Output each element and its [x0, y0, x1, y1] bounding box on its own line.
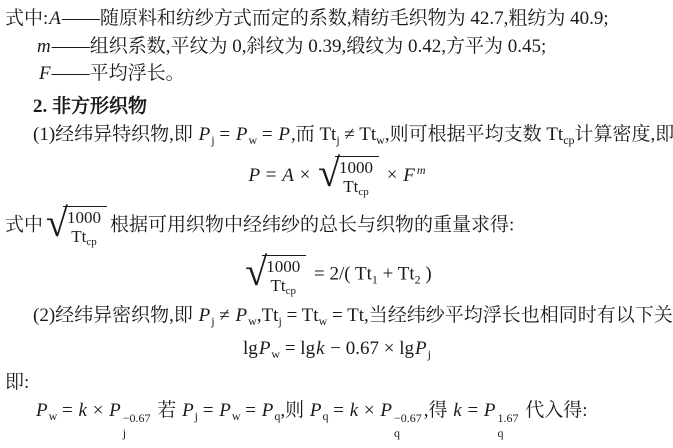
subscript: w: [376, 133, 385, 147]
radical-sign: √: [245, 252, 267, 292]
para-block-6: 式中√1000Ttcp根据可用织物中经纬纱的总长与织物的重量求得:: [5, 206, 669, 246]
subscript: w: [49, 409, 58, 423]
math-var: m: [36, 36, 52, 57]
text-run: ×: [295, 165, 315, 186]
denominator-subscript: cp: [286, 285, 296, 297]
text-run: 若: [153, 400, 182, 421]
math-var: P: [198, 305, 212, 326]
math-var: k: [315, 338, 325, 359]
text-run: =: [463, 400, 483, 421]
math-var: k: [452, 400, 462, 421]
text-run: ——平均浮长。: [52, 63, 185, 84]
radical-expression: √1000Ttcp: [46, 206, 107, 246]
text-run: ): [421, 263, 432, 284]
text-run: =: [241, 400, 261, 421]
superscript: m: [416, 163, 427, 177]
math-var: F: [402, 165, 416, 186]
math-var: P: [261, 400, 275, 421]
math-var: P: [218, 400, 232, 421]
fraction-numerator: 1000: [266, 257, 300, 276]
text-run: 根据可用织物中经纬纱的总长与织物的重量求得:: [110, 214, 514, 235]
sup-sub-stack: −0.67q: [394, 412, 422, 439]
sup-sub-stack: −0.67j: [123, 412, 151, 439]
text-run: ,则可根据平均支数 Tt: [385, 124, 563, 145]
para-block-4: (1)经纬异特织物,即 Pj = Pw = P,而 Ttj ≠ Ttw,则可根据…: [5, 123, 669, 148]
text-run: 代入得:: [521, 400, 588, 421]
fraction: 1000Ttcp: [339, 158, 373, 196]
math-var: P: [483, 400, 497, 421]
denominator-base: Tt: [71, 227, 86, 246]
math-var: P: [181, 400, 195, 421]
fraction-numerator: 1000: [339, 158, 373, 177]
text-run: lg: [243, 338, 258, 359]
text-run: ×: [88, 400, 108, 421]
text-run: ——组织系数,平纹为 0,斜纹为 0.39,缎纹为 0.42,方平为 0.45;: [52, 36, 547, 57]
fraction-denominator: Ttcp: [343, 177, 369, 196]
math-var: P: [35, 400, 49, 421]
math-var: A: [48, 8, 62, 29]
text-run: = Tt: [282, 305, 319, 326]
text-run: =: [257, 124, 277, 145]
math-var: k: [349, 400, 359, 421]
superscript: −0.67: [394, 412, 422, 424]
text-run: (2)经纬异密织物,即: [33, 305, 198, 326]
math-var: A: [281, 165, 295, 186]
text-run: (1)经纬异特织物,即: [33, 124, 198, 145]
text-run: ×: [359, 400, 379, 421]
radical-body: 1000Ttcp: [262, 255, 306, 295]
text-run: 式中:: [5, 8, 48, 29]
subscript: w: [232, 409, 241, 423]
fraction: 1000Ttcp: [266, 257, 300, 295]
text-run: =: [198, 400, 218, 421]
para-block-1: m——组织系数,平纹为 0,斜纹为 0.39,缎纹为 0.42,方平为 0.45…: [5, 35, 669, 60]
denominator-base: Tt: [343, 177, 358, 196]
text-run: =: [215, 124, 235, 145]
text-run: ,Tt: [257, 305, 279, 326]
text-run: = lg: [280, 338, 315, 359]
text-run: ×: [382, 165, 402, 186]
text-run: = 2/( Tt: [309, 263, 372, 284]
text-run: 计算密度,即:: [575, 124, 673, 145]
math-var: F: [38, 63, 52, 84]
formula-block-9: lgPw = lgk − 0.67 × lgPj: [5, 337, 669, 362]
subscript: q: [394, 427, 400, 439]
formula-block-7: √1000Ttcp = 2/( Tt1 + Tt2 ): [5, 255, 669, 295]
denominator-subscript: cp: [86, 236, 96, 248]
text-run: =: [261, 165, 281, 186]
fraction: 1000Ttcp: [67, 208, 101, 246]
text-run: 式中: [5, 214, 43, 235]
radical-body: 1000Ttcp: [335, 156, 379, 196]
text-run: ——随原料和纺纱方式而定的系数,精纺毛织物为 42.7,粗纺为 40.9;: [62, 8, 609, 29]
fraction-numerator: 1000: [67, 208, 101, 227]
radical-sign: √: [46, 203, 68, 243]
denominator-base: Tt: [270, 276, 285, 295]
text-run: =: [328, 400, 348, 421]
superscript: −0.67: [123, 412, 151, 424]
sup-sub-stack: 1.67q: [498, 412, 519, 439]
subscript: w: [319, 314, 328, 328]
math-var: P: [247, 165, 261, 186]
subscript: w: [248, 133, 257, 147]
text-run: − 0.67 × lg: [326, 338, 414, 359]
text-run: + Tt: [378, 263, 415, 284]
formula-block-5: P = A × √1000Ttcp × Fm: [5, 156, 669, 196]
radical-expression: √1000Ttcp: [318, 156, 379, 196]
fraction-denominator: Ttcp: [270, 276, 296, 295]
math-var: P: [414, 338, 428, 359]
para-block-8: (2)经纬异密织物,即 Pj ≠ Pw,Ttj = Ttw = Tt,当经纬纱平…: [5, 304, 669, 329]
subscript: q: [498, 427, 504, 439]
math-var: P: [309, 400, 323, 421]
text-run: ,则: [280, 400, 309, 421]
math-var: P: [258, 338, 272, 359]
para-block-2: F——平均浮长。: [5, 62, 669, 87]
superscript: 1.67: [498, 412, 519, 424]
math-var: P: [277, 124, 291, 145]
text-run: ≠: [215, 305, 235, 326]
para-block-10: 即:: [5, 371, 669, 396]
math-var: P: [108, 400, 122, 421]
fraction-denominator: Ttcp: [71, 227, 97, 246]
para-block-0: 式中:A——随原料和纺纱方式而定的系数,精纺毛织物为 42.7,粗纺为 40.9…: [5, 7, 669, 32]
math-var: P: [198, 124, 212, 145]
math-var: P: [235, 124, 249, 145]
text-run: ,得: [424, 400, 453, 421]
text-run: 即:: [5, 372, 29, 393]
document-page: 式中:A——随原料和纺纱方式而定的系数,精纺毛织物为 42.7,粗纺为 40.9…: [0, 0, 673, 448]
heading-block-3: 2. 非方形织物: [5, 95, 669, 120]
subscript: w: [248, 314, 257, 328]
subscript: j: [123, 427, 126, 439]
heading-text: 2. 非方形织物: [33, 96, 147, 117]
math-var: P: [235, 305, 249, 326]
radical-sign: √: [318, 153, 340, 193]
radical-body: 1000Ttcp: [63, 206, 107, 246]
math-var: k: [78, 400, 88, 421]
subscript: cp: [563, 133, 574, 147]
para-block-11: Pw = k × P−0.67j 若 Pj = Pw = Pq,则 Pq = k…: [5, 399, 669, 439]
subscript: w: [271, 347, 280, 361]
text-run: = Tt,当经纬纱平均浮长也相同时有以下关系:: [327, 305, 673, 326]
subscript: j: [428, 347, 431, 361]
denominator-subscript: cp: [358, 186, 368, 198]
radical-expression: √1000Ttcp: [245, 255, 306, 295]
text-run: ,而 Tt: [291, 124, 336, 145]
text-run: ≠ Tt: [340, 124, 376, 145]
math-var: P: [379, 400, 393, 421]
text-run: =: [57, 400, 77, 421]
